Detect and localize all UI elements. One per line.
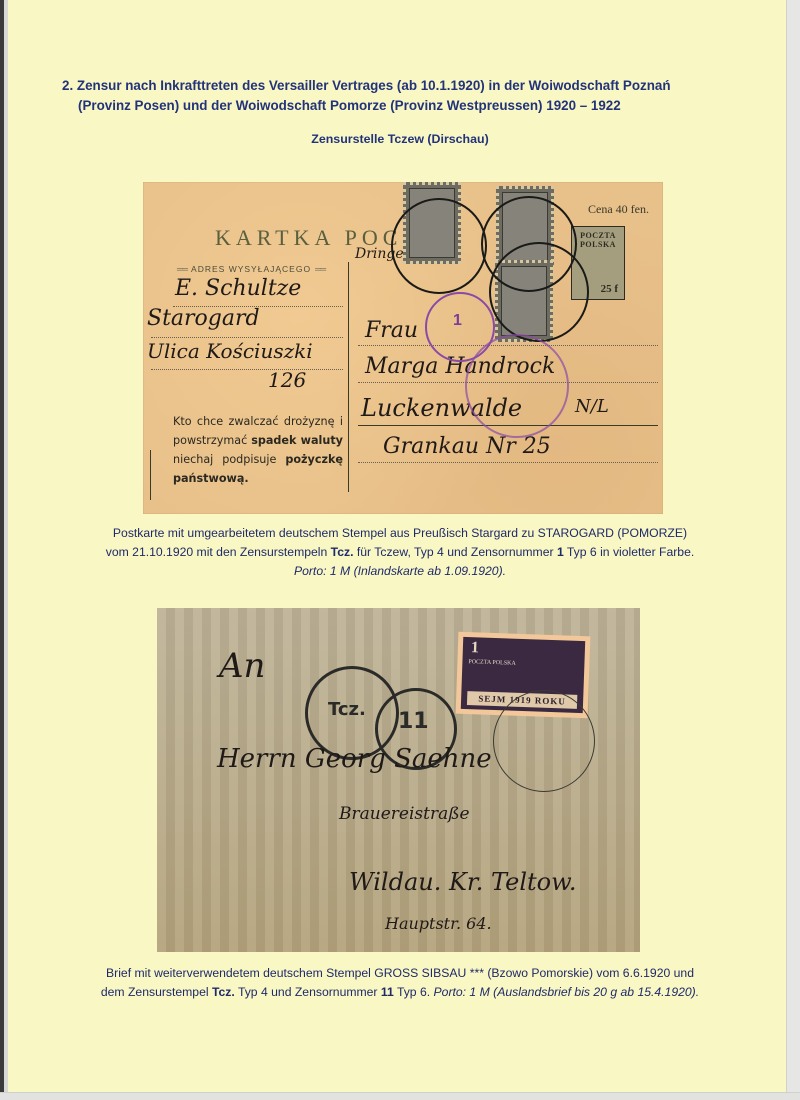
heading-line-1: 2. Zensur nach Inkrafttreten des Versail… xyxy=(62,78,671,93)
sender-number: 126 xyxy=(268,368,306,392)
envelope-caption: Brief mit weiterverwendetem deutschem St… xyxy=(0,964,800,1002)
postcard-divider xyxy=(348,262,349,492)
postcard-caption: Postkarte mit umgearbeitetem deutschem S… xyxy=(0,524,800,581)
postmark xyxy=(391,198,487,294)
envelope-street: Brauereistraße xyxy=(339,804,470,824)
envelope-house: Hauptstr. 64. xyxy=(385,914,492,933)
postmark xyxy=(493,690,595,792)
dotted-line xyxy=(358,462,658,463)
heading-line-2: (Provinz Posen) und der Woiwodschaft Pom… xyxy=(62,96,762,116)
postmark xyxy=(489,242,589,342)
dotted-line xyxy=(151,337,343,338)
scan-edge-bottom xyxy=(0,1092,800,1100)
postcard-price: Cena 40 fen. xyxy=(588,202,649,217)
sender-name: E. Schultze xyxy=(175,276,301,301)
envelope-image: 1 POCZTA POLSKA SEJM 1919 ROKU Tcz. 11 A… xyxy=(157,608,640,952)
recipient-street: Grankau Nr 25 xyxy=(383,434,551,459)
envelope-recipient-name: Herrn Georg Saehne xyxy=(217,744,492,774)
envelope-city: Wildau. Kr. Teltow. xyxy=(349,868,576,896)
sender-city: Starogard xyxy=(147,306,260,331)
recipient-title: Frau xyxy=(365,318,418,343)
censor-mark-tcz xyxy=(465,334,569,438)
sender-street: Ulica Kościuszki xyxy=(147,339,313,363)
recipient-city-suffix: N/L xyxy=(575,396,609,417)
sender-label: ADRES WYSYŁAJĄCEGO xyxy=(173,264,329,274)
envelope-an: An xyxy=(219,646,265,686)
dotted-line xyxy=(151,369,343,370)
page-heading: 2. Zensur nach Inkrafttreten des Versail… xyxy=(62,76,762,116)
postcard-left-rule xyxy=(150,450,151,500)
section-subheading: Zensurstelle Tczew (Dirschau) xyxy=(0,132,800,146)
loan-appeal-text: Kto chce zwalczać drożyznę i powstrzymać… xyxy=(173,412,343,488)
postcard-image: KARTKA POC Cena 40 fen. ADRES WYSYŁAJĄCE… xyxy=(143,182,663,514)
